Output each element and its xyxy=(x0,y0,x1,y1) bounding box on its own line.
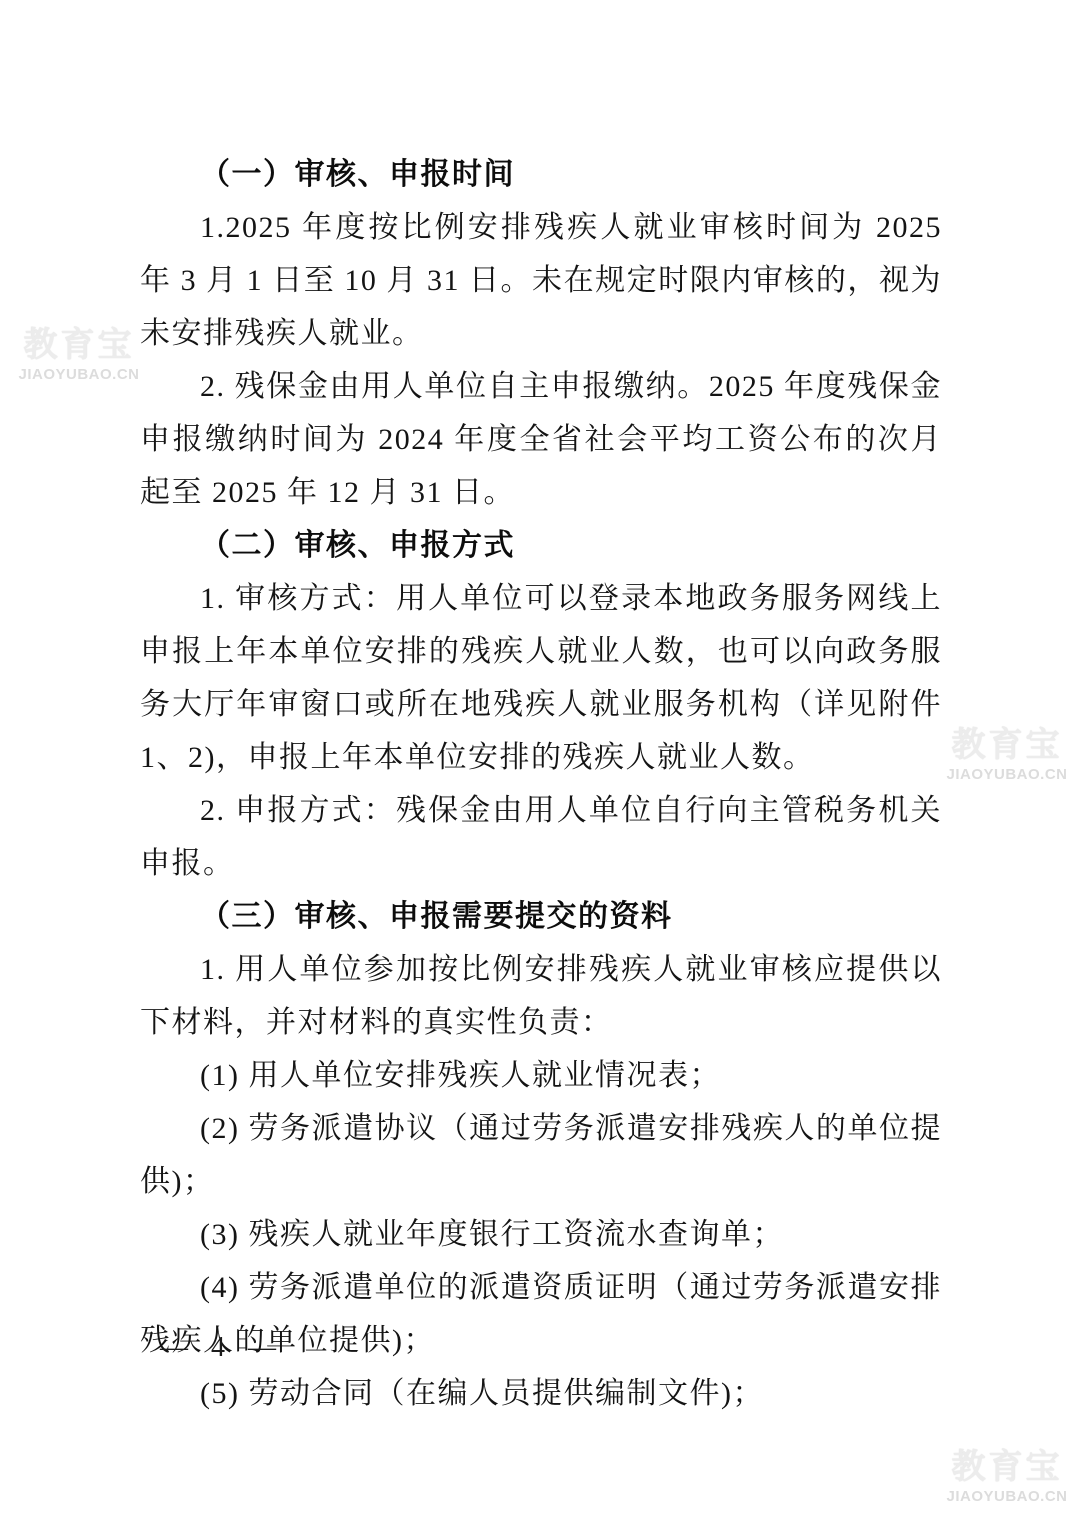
list-item-material-5: (5) 劳动合同（在编人员提供编制文件)； xyxy=(140,1367,942,1420)
section-heading-1: （一）审核、申报时间 xyxy=(140,148,942,201)
document-body: （一）审核、申报时间 1.2025 年度按比例安排残疾人就业审核时间为 2025… xyxy=(140,148,942,1420)
section-heading-2: （二）审核、申报方式 xyxy=(140,519,942,572)
paragraph-audit-method-1: 1. 审核方式：用人单位可以登录本地政务服务网线上申报上年本单位安排的残疾人就业… xyxy=(140,572,942,784)
watermark-jiaoyubao-bottom: 教育宝 JIAOYUBAO.CN xyxy=(942,1448,1072,1506)
watermark-brand-text: 教育宝 xyxy=(14,326,144,364)
paragraph-audit-time-1: 1.2025 年度按比例安排残疾人就业审核时间为 2025 年 3 月 1 日至… xyxy=(140,201,942,360)
paragraph-audit-time-2: 2. 残保金由用人单位自主申报缴纳。2025 年度残保金申报缴纳时间为 2024… xyxy=(140,360,942,519)
paragraph-audit-method-2: 2. 申报方式：残保金由用人单位自行向主管税务机关申报。 xyxy=(140,784,942,890)
list-item-material-2: (2) 劳务派遣协议（通过劳务派遣安排残疾人的单位提供)； xyxy=(140,1102,942,1208)
document-page: 教育宝 JIAOYUBAO.CN 教育宝 JIAOYUBAO.CN 教育宝 JI… xyxy=(0,0,1080,1528)
watermark-domain-text: JIAOYUBAO.CN xyxy=(14,366,144,384)
watermark-domain-text: JIAOYUBAO.CN xyxy=(942,766,1072,784)
page-number: — 4 — xyxy=(160,1332,284,1364)
paragraph-materials-intro: 1. 用人单位参加按比例安排残疾人就业审核应提供以下材料，并对材料的真实性负责： xyxy=(140,943,942,1049)
watermark-domain-text: JIAOYUBAO.CN xyxy=(942,1488,1072,1506)
watermark-jiaoyubao-left: 教育宝 JIAOYUBAO.CN xyxy=(14,326,144,384)
watermark-jiaoyubao-right: 教育宝 JIAOYUBAO.CN xyxy=(942,726,1072,784)
watermark-brand-text: 教育宝 xyxy=(942,1448,1072,1486)
watermark-brand-text: 教育宝 xyxy=(942,726,1072,764)
list-item-material-3: (3) 残疾人就业年度银行工资流水查询单； xyxy=(140,1208,942,1261)
list-item-material-1: (1) 用人单位安排残疾人就业情况表； xyxy=(140,1049,942,1102)
section-heading-3: （三）审核、申报需要提交的资料 xyxy=(140,890,942,943)
